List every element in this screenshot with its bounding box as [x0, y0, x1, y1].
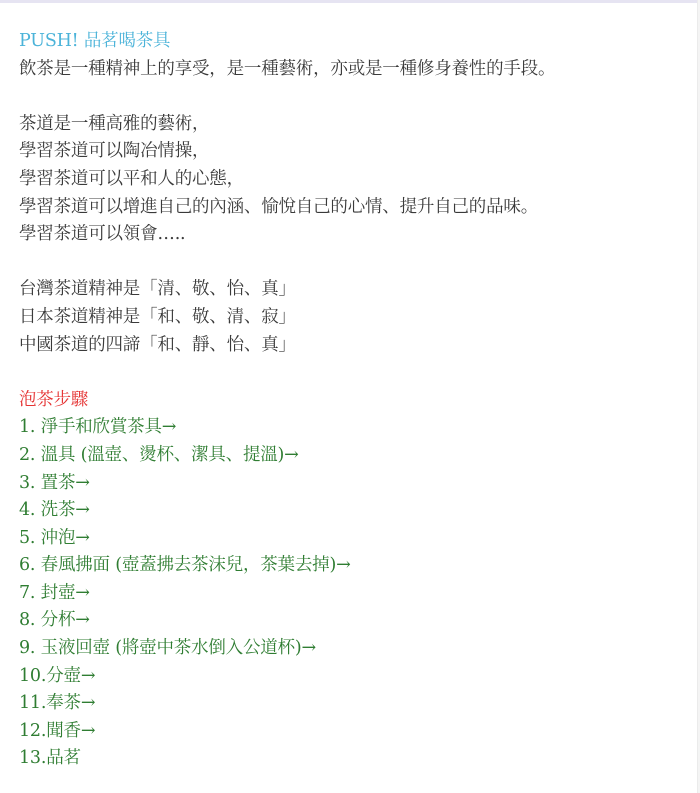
- steps-list: 1. 淨手和欣賞茶具→ 2. 溫具 (溫壺、燙杯、潔具、提溫)→ 3. 置茶→ …: [19, 414, 689, 773]
- tea-art-line: 學習茶道可以增進自己的內涵、愉悅自己的心情、提升自己的品味。: [19, 194, 689, 222]
- tea-art-block: 茶道是一種高雅的藝術， 學習茶道可以陶冶情操， 學習茶道可以平和人的心態， 學習…: [19, 111, 689, 249]
- steps-heading: 泡茶步驟: [19, 387, 689, 415]
- step-item: 2. 溫具 (溫壺、燙杯、潔具、提溫)→: [19, 442, 689, 470]
- tea-art-line: 學習茶道可以陶冶情操，: [19, 138, 689, 166]
- top-border-strip: [0, 0, 697, 3]
- tea-art-line: 茶道是一種高雅的藝術，: [19, 111, 689, 139]
- spirit-line-taiwan: 台灣茶道精神是「清、敬、怡、真」: [19, 276, 689, 304]
- step-item: 3. 置茶→: [19, 470, 689, 498]
- spacer: [19, 359, 689, 387]
- intro-paragraph: 飲茶是一種精神上的享受，是一種藝術，亦或是一種修身養性的手段。: [19, 56, 689, 84]
- step-item: 12.聞香→: [19, 718, 689, 746]
- spirit-line-japan: 日本茶道精神是「和、敬、清、寂」: [19, 304, 689, 332]
- step-item: 11.奉茶→: [19, 690, 689, 718]
- step-item: 10.分壺→: [19, 663, 689, 691]
- step-item: 13.品茗: [19, 745, 689, 773]
- tea-art-line: 學習茶道可以領會…..: [19, 221, 689, 249]
- tea-spirits-block: 台灣茶道精神是「清、敬、怡、真」 日本茶道精神是「和、敬、清、寂」 中國茶道的四…: [19, 276, 689, 359]
- step-item: 5. 沖泡→: [19, 525, 689, 553]
- step-item: 6. 春風拂面 (壺蓋拂去茶沫兒，茶葉去掉)→: [19, 552, 689, 580]
- step-item: 1. 淨手和欣賞茶具→: [19, 414, 689, 442]
- step-item: 7. 封壺→: [19, 580, 689, 608]
- step-item: 4. 洗茶→: [19, 497, 689, 525]
- spacer: [19, 249, 689, 277]
- step-item: 9. 玉液回壺 (將壺中茶水倒入公道杯)→: [19, 635, 689, 663]
- page-title: PUSH! 品茗喝茶具: [19, 28, 689, 56]
- spirit-line-china: 中國茶道的四諦「和、靜、怡、真」: [19, 332, 689, 360]
- tea-art-line: 學習茶道可以平和人的心態，: [19, 166, 689, 194]
- article-content: PUSH! 品茗喝茶具 飲茶是一種精神上的享受，是一種藝術，亦或是一種修身養性的…: [19, 28, 689, 773]
- spacer: [19, 83, 689, 111]
- step-item: 8. 分杯→: [19, 607, 689, 635]
